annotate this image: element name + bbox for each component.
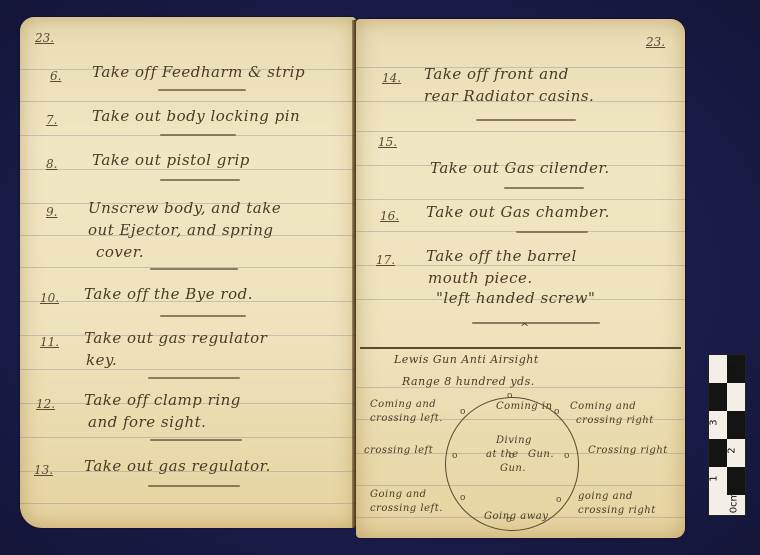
target-point-marker: o — [507, 391, 512, 401]
underline — [148, 485, 240, 487]
section-divider — [360, 347, 681, 349]
step-number: 10. — [40, 291, 59, 305]
section-mark: ^ — [520, 321, 530, 334]
step-number: 15. — [378, 135, 397, 149]
step-number: 13. — [34, 463, 53, 477]
label-diving-at-gun: Gun. — [528, 449, 554, 460]
step-text: Take off the Bye rod. — [84, 285, 253, 303]
page-number: 23. — [35, 31, 54, 45]
underline — [472, 322, 600, 324]
underline — [504, 187, 584, 189]
step-text: Take off front and — [424, 65, 569, 83]
target-point-marker: o — [452, 451, 457, 461]
ruled-line — [20, 503, 356, 504]
label-diving-at-gun: Diving — [496, 435, 532, 446]
ruled-line — [20, 101, 356, 102]
label-crossing-right: Crossing right — [588, 445, 668, 456]
label-going-crossing-left: crossing left. — [370, 503, 443, 514]
label-coming-crossing-left: crossing left. — [370, 413, 443, 424]
target-point-marker: o — [506, 515, 511, 525]
step-text: mouth piece. — [428, 269, 533, 287]
diagram-subtitle: Range 8 hundred yds. — [402, 375, 535, 388]
label-coming-crossing-left: Coming and — [370, 399, 436, 410]
step-number: 11. — [40, 335, 59, 349]
step-text: Take off the barrel — [426, 247, 577, 265]
ruled-line — [356, 131, 685, 132]
step-text: key. — [86, 351, 117, 369]
step-text: and fore sight. — [88, 413, 206, 431]
right-notebook-page: 23. 14. Take off front and rear Radiator… — [356, 19, 685, 538]
step-number: 8. — [46, 157, 57, 171]
underline — [158, 89, 246, 91]
underline — [148, 377, 240, 379]
ruled-line — [20, 369, 356, 370]
ruled-line — [356, 199, 685, 200]
step-text: cover. — [96, 243, 144, 261]
step-text: rear Radiator casins. — [424, 87, 594, 105]
ruler-unit-label: 0cm — [728, 492, 739, 514]
step-number: 17. — [376, 253, 395, 267]
step-number: 9. — [46, 205, 57, 219]
ruler-tick-2: 2 — [727, 447, 738, 453]
step-text: Take out pistol grip — [92, 151, 250, 169]
ruled-line — [20, 437, 356, 438]
ruler-tick-4: 4 — [727, 391, 738, 397]
underline — [160, 179, 240, 181]
step-text: "left handed screw" — [436, 289, 595, 307]
step-number: 6. — [50, 69, 61, 83]
underline — [516, 231, 588, 233]
step-text: Take out body locking pin — [92, 107, 300, 125]
scale-ruler: 5 4 3 2 1 0cm — [708, 354, 746, 516]
target-point-marker: o — [509, 451, 514, 461]
underline — [150, 439, 242, 441]
target-point-marker: o — [460, 493, 465, 503]
step-number: 7. — [46, 113, 57, 127]
label-going-crossing-left: Going and — [370, 489, 427, 500]
label-crossing-left: crossing left — [364, 445, 433, 456]
target-point-marker: o — [564, 451, 569, 461]
label-diving-at-gun: Gun. — [500, 463, 526, 474]
step-text: out Ejector, and spring — [88, 221, 274, 239]
underline — [150, 268, 238, 270]
underline — [476, 119, 576, 121]
underline — [160, 134, 236, 136]
label-coming-crossing-right: crossing right — [576, 415, 654, 426]
label-coming-crossing-right: Coming and — [570, 401, 636, 412]
step-number: 14. — [382, 71, 401, 85]
step-text: Unscrew body, and take — [88, 199, 281, 217]
step-text: Take out gas regulator — [84, 329, 267, 347]
step-text: Take out Gas cilender. — [430, 159, 610, 177]
step-text: Take out gas regulator. — [84, 457, 271, 475]
target-point-marker: o — [554, 407, 559, 417]
label-going-crossing-right: crossing right — [578, 505, 656, 516]
step-text: Take off Feedharm & strip — [92, 63, 305, 81]
page-number: 23. — [646, 35, 665, 49]
step-number: 12. — [36, 397, 55, 411]
step-text: Take out Gas chamber. — [426, 203, 610, 221]
underline — [160, 315, 246, 317]
step-text: Take off clamp ring — [84, 391, 241, 409]
step-number: 16. — [380, 209, 399, 223]
ruled-line — [356, 265, 685, 266]
ruler-tick-1: 1 — [709, 475, 720, 481]
ruler-tick-5: 5 — [727, 363, 738, 369]
target-point-marker: o — [460, 407, 465, 417]
diagram-title: Lewis Gun Anti Airsight — [394, 353, 539, 366]
ruler-tick-3: 3 — [709, 419, 720, 425]
ruled-line — [20, 169, 356, 170]
label-going-crossing-right: going and — [578, 491, 633, 502]
left-notebook-page: 23. 6. Take off Feedharm & strip 7. Take… — [20, 17, 356, 528]
target-point-marker: o — [556, 495, 561, 505]
